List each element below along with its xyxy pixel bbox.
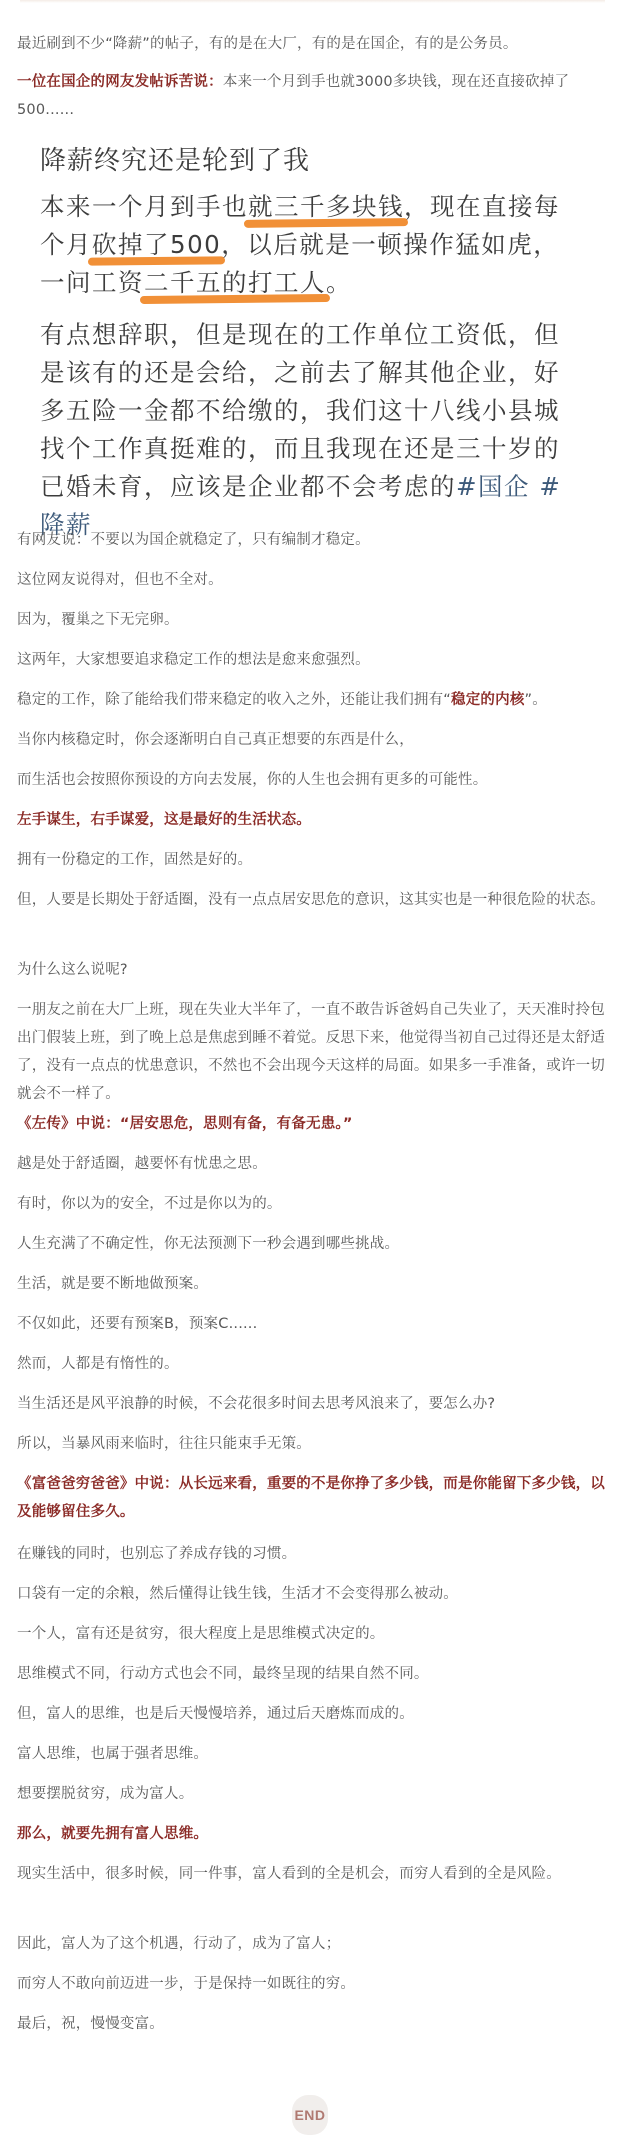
text-segment: ”。 [525,692,547,708]
paragraph: 为什么这么说呢? [17,956,607,984]
paragraph: 所以，当暴风雨来临时，往往只能束手无策。 [17,1430,607,1458]
embedded-post-image: 降薪终究还是轮到了我 本来一个月到手也就三千多块钱，现在直接每个月砍掉了500，… [0,130,625,520]
emphasis-paragraph: 那么，就要先拥有富人思维。 [17,1820,607,1848]
emphasis-paragraph: 左手谋生，右手谋爱，这是最好的生活状态。 [17,806,607,834]
core-paragraph: 稳定的工作，除了能给我们带来稳定的收入之外，还能让我们拥有“稳定的内核”。 [17,686,607,714]
embedded-post-para1: 本来一个月到手也就三千多块钱，现在直接每个月砍掉了500，以后就是一顿操作猛如虎… [40,188,580,302]
paragraph: 富人思维，也属于强者思维。 [17,1740,607,1768]
paragraph: 有网友说：不要以为国企就稳定了，只有编制才稳定。 [17,526,607,554]
hashtag-link[interactable]: #国企 [456,472,530,501]
paragraph: 人生充满了不确定性，你无法预测下一秒会遇到哪些挑战。 [17,1230,607,1258]
paragraph: 因此，富人为了这个机遇，行动了，成为了富人； [17,1930,607,1958]
paragraph: 现实生活中，很多时候，同一件事，富人看到的全是机会，而穷人看到的全是风险。 [17,1860,607,1888]
paragraph: 拥有一份稳定的工作，固然是好的。 [17,846,607,874]
paragraph: 然而，人都是有惰性的。 [17,1350,607,1378]
paragraph: 生活，就是要不断地做预案。 [17,1270,607,1298]
emphasis-phrase: 稳定的内核 [451,692,525,708]
emphasis-paragraph: 《富爸爸穷爸爸》中说：从长远来看，重要的不是你挣了多少钱，而是你能留下多少钱，以… [17,1470,607,1526]
paragraph: 最后，祝，慢慢变富。 [17,2010,607,2038]
paragraph: 思维模式不同，行动方式也会不同，最终呈现的结果自然不同。 [17,1660,607,1688]
embedded-post-para2: 有点想辞职，但是现在的工作单位工资低，但是该有的还是会给，之前去了解其他企业，好… [40,316,580,544]
highlighted-phrase: 砍掉了500 [92,230,221,259]
paragraph: 而生活也会按照你预设的方向去发展，你的人生也会拥有更多的可能性。 [17,766,607,794]
paragraph: 当你内核稳定时，你会逐渐明白自己真正想要的东西是什么， [17,726,607,754]
emphasis-paragraph: 《左传》中说：“居安思危，思则有备，有备无患。” [17,1110,607,1138]
highlighted-phrase: 就三千多块钱 [248,192,404,221]
top-divider [20,0,605,3]
paragraph: 有时，你以为的安全，不过是你以为的。 [17,1190,607,1218]
text-segment: 本来一个月到手也 [40,192,248,221]
paragraph: 不仅如此，还要有预案B，预案C...... [17,1310,607,1338]
paragraph: 越是处于舒适圈，越要怀有忧患之思。 [17,1150,607,1178]
intro-paragraph: 最近刷到不少“降薪”的帖子，有的是在大厂，有的是在国企，有的是公务员。 [17,30,607,58]
paragraph: 但，富人的思维，也是后天慢慢培养，通过后天磨炼而成的。 [17,1700,607,1728]
paragraph: 而穷人不敢向前迈进一步，于是保持一如既往的穷。 [17,1970,607,1998]
end-label: END [294,2107,325,2123]
end-badge: END [288,2095,332,2135]
text-segment: 稳定的工作，除了能给我们带来稳定的收入之外，还能让我们拥有“ [17,692,451,708]
embedded-post-title: 降薪终究还是轮到了我 [40,144,310,178]
paragraph: 因为，覆巢之下无完卵。 [17,606,607,634]
paragraph: 但，人要是长期处于舒适圈，没有一点点居安思危的意识，这其实也是一种很危险的状态。 [17,886,607,914]
quote-lead-paragraph: 一位在国企的网友发帖诉苦说：本来一个月到手也就3000多块钱，现在还直接砍掉了5… [17,68,607,124]
paragraph: 想要摆脱贫穷，成为富人。 [17,1780,607,1808]
paragraph: 一个人，富有还是贫穷，很大程度上是思维模式决定的。 [17,1620,607,1648]
paragraph: 一朋友之前在大厂上班，现在失业大半年了，一直不敢告诉爸妈自己失业了，天天准时拎包… [17,996,607,1108]
paragraph: 这两年，大家想要追求稳定工作的想法是愈来愈强烈。 [17,646,607,674]
paragraph: 口袋有一定的余粮，然后懂得让钱生钱，生活才不会变得那么被动。 [17,1580,607,1608]
quote-lead-label: 一位在国企的网友发帖诉苦说： [17,74,223,90]
highlighted-phrase: 二千五的打工人 [144,268,326,297]
text-segment: 。 [326,268,352,297]
paragraph: 在赚钱的同时，也别忘了养成存钱的习惯。 [17,1540,607,1568]
paragraph: 这位网友说得对，但也不全对。 [17,566,607,594]
paragraph: 当生活还是风平浪静的时候，不会花很多时间去思考风浪来了，要怎么办? [17,1390,607,1418]
